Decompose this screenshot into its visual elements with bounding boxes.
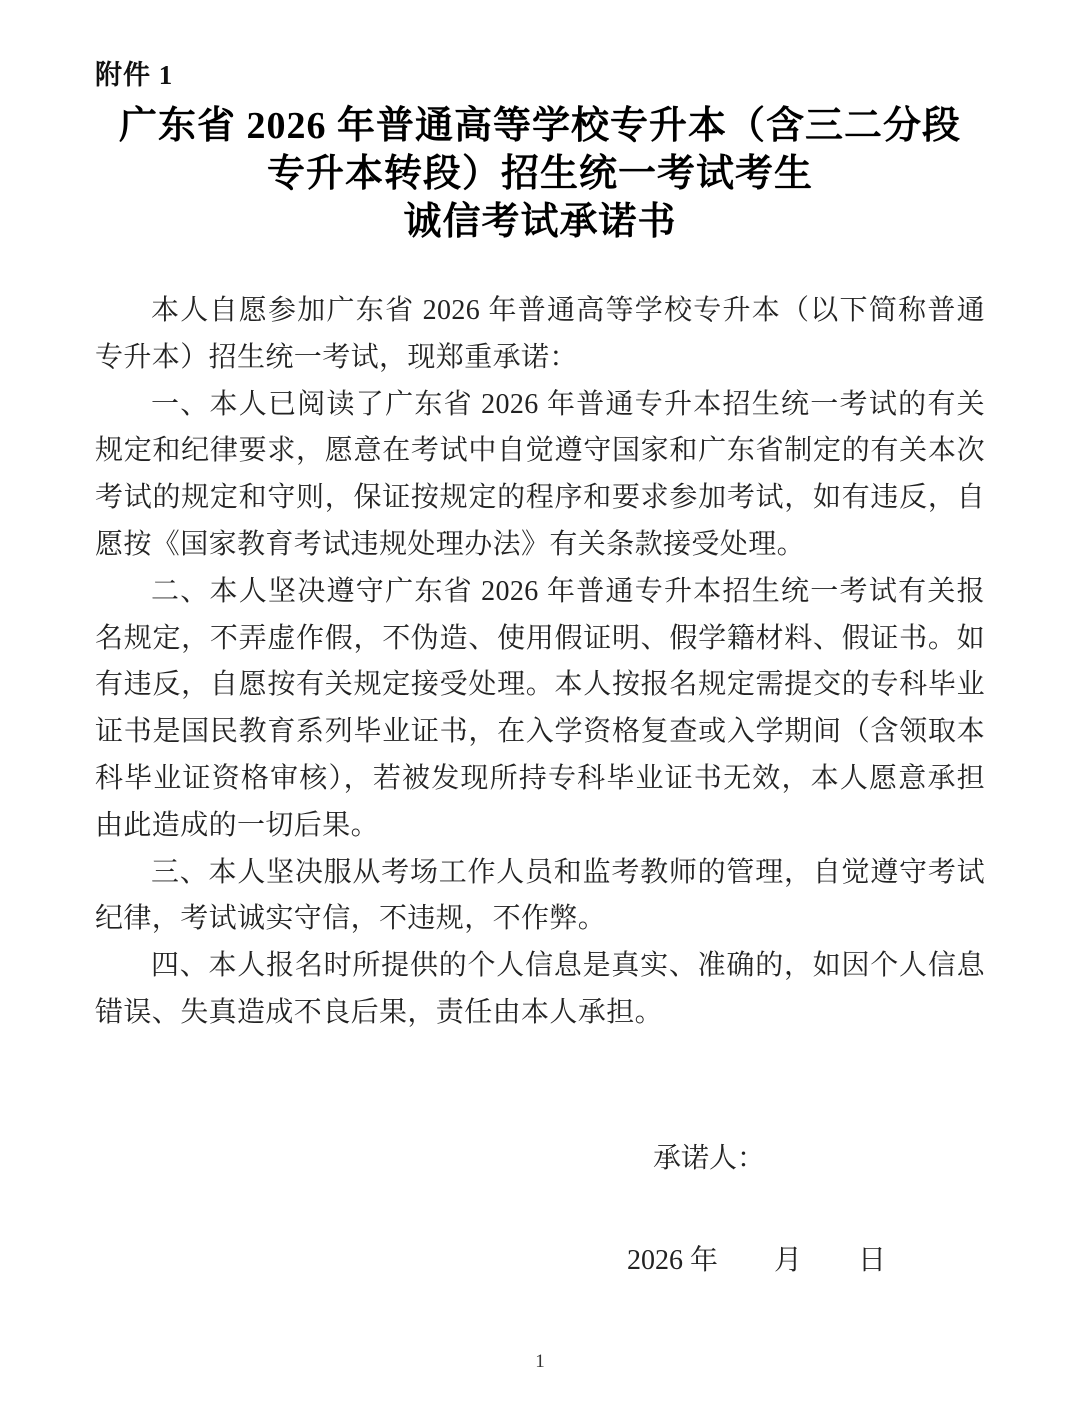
document-title-line-2: 专升本转段）招生统一考试考生 [95, 150, 985, 198]
signer-label: 承诺人： [95, 1139, 985, 1179]
paragraph-item-1: 一、本人已阅读了广东省 2026 年普通专升本招生统一考试的有关规定和纪律要求，… [95, 382, 985, 569]
page-number: 1 [0, 1351, 1080, 1373]
attachment-label: 附件 1 [95, 58, 985, 92]
document-page: 附件 1 广东省 2026 年普通高等学校专升本（含三二分段 专升本转段）招生统… [0, 0, 1080, 1415]
date-line: 2026 年 月 日 [95, 1241, 985, 1281]
paragraph-item-2: 二、本人坚决遵守广东省 2026 年普通专升本招生统一考试有关报名规定，不弄虚作… [95, 569, 985, 850]
paragraph-intro: 本人自愿参加广东省 2026 年普通高等学校专升本（以下简称普通专升本）招生统一… [95, 288, 985, 382]
paragraph-item-3: 三、本人坚决服从考场工作人员和监考教师的管理，自觉遵守考试纪律，考试诚实守信，不… [95, 850, 985, 944]
document-title: 广东省 2026 年普通高等学校专升本（含三二分段 专升本转段）招生统一考试考生… [95, 102, 985, 246]
document-body: 本人自愿参加广东省 2026 年普通高等学校专升本（以下简称普通专升本）招生统一… [95, 288, 985, 1037]
document-title-line-3: 诚信考试承诺书 [95, 198, 985, 246]
document-title-line-1: 广东省 2026 年普通高等学校专升本（含三二分段 [95, 102, 985, 150]
paragraph-item-4: 四、本人报名时所提供的个人信息是真实、准确的，如因个人信息错误、失真造成不良后果… [95, 943, 985, 1037]
